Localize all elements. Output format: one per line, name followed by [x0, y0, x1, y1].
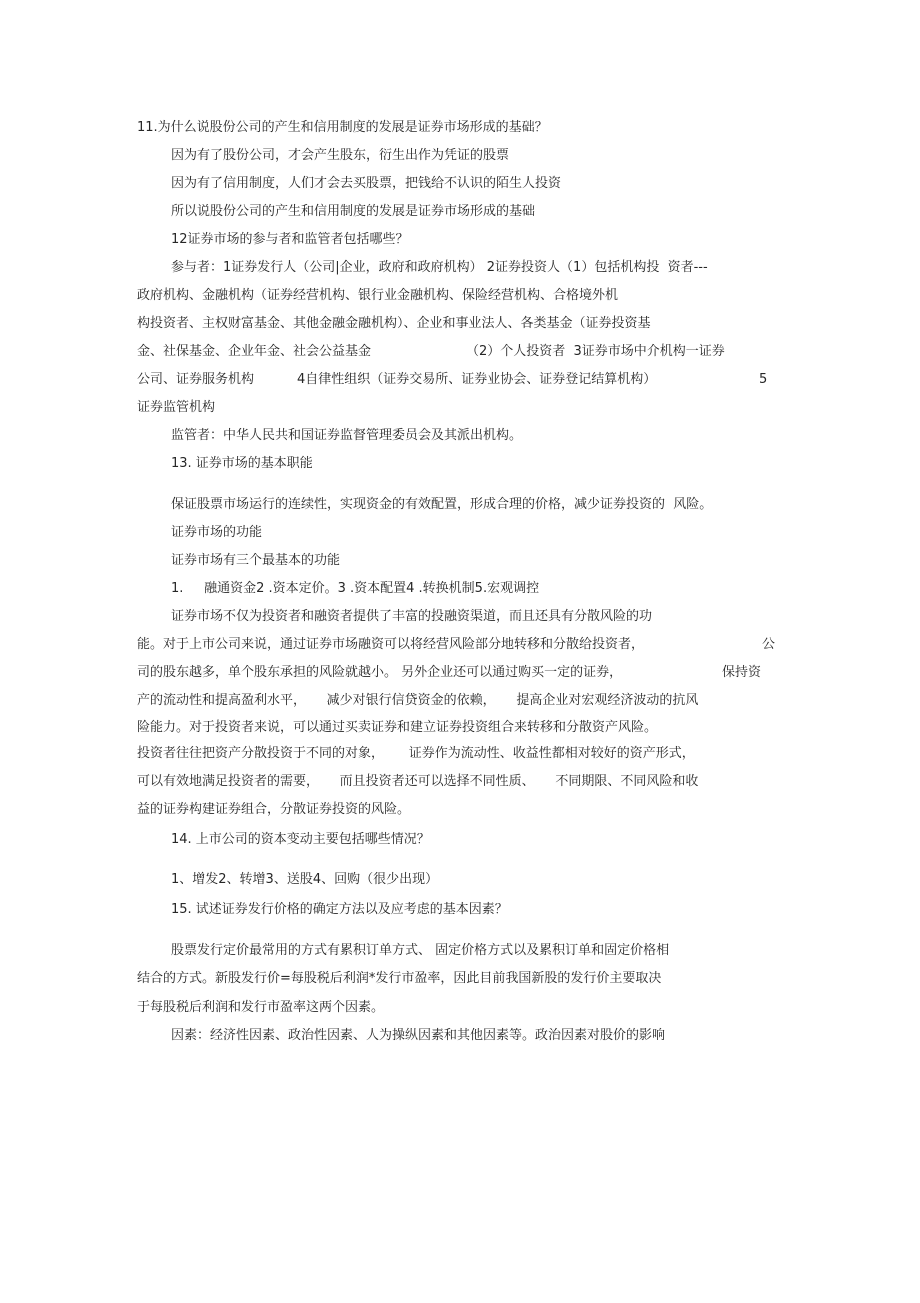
text-line: 结合的方式。新股发行价=每股税后利润*发行市盈率，因此目前我国新股的发行价主要取…: [137, 970, 661, 988]
text-line: 因素：经济性因素、政治性因素、人为操纵因素和其他因素等。政治因素对股价的影响: [171, 1027, 665, 1045]
text-line: 因为有了股份公司，才会产生股东，衍生出作为凭证的股票: [171, 147, 509, 165]
text-segment: 公: [762, 636, 775, 654]
text-line: 12证券市场的参与者和监管者包括哪些？: [171, 231, 409, 249]
text-line: 14. 上市公司的资本变动主要包括哪些情况？: [171, 831, 430, 849]
text-line: 可以有效地满足投资者的需要， 而且投资者还可以选择不同性质、 不同期限、不同风险…: [137, 773, 698, 791]
document-page: 11.为什么说股份公司的产生和信用制度的发展是证券市场形成的基础？因为有了股份公…: [0, 0, 920, 1303]
text-segment: 保持资: [722, 664, 761, 682]
text-line: 证券市场有三个最基本的功能: [171, 552, 340, 570]
text-line: 1、增发2、转增3、送股4、回购（很少出现）: [171, 871, 438, 889]
text-line: 于每股税后利润和发行市盈率这两个因素。: [137, 999, 384, 1017]
text-line: 政府机构、金融机构（证券经营机构、银行业金融机构、保险经营机构、合格境外机: [137, 287, 618, 305]
text-segment: （2）个人投资者 3证券市场中介机构一证券: [466, 343, 725, 361]
text-line: 参与者：1证券发行人（公司|企业，政府和政府机构） 2证券投资人（1）包括机构投…: [171, 259, 708, 277]
text-line: 益的证券构建证券组合，分散证券投资的风险。: [137, 801, 410, 819]
text-segment: 公司、证券服务机构: [137, 371, 254, 389]
text-line: 能。对于上市公司来说，通过证券市场融资可以将经营风险部分地转移和分散给投资者，: [137, 636, 644, 654]
text-line: 保证股票市场运行的连续性，实现资金的有效配置，形成合理的价格，减少证券投资的 风…: [171, 496, 712, 514]
text-line: 13. 证券市场的基本职能: [171, 455, 313, 473]
text-line: 因为有了信用制度，人们才会去买股票，把钱给不认识的陌生人投资: [171, 175, 561, 193]
text-line: 15. 试述证券发行价格的确定方法以及应考虑的基本因素？: [171, 901, 508, 919]
text-segment: 5: [759, 371, 767, 389]
text-line: 11.为什么说股份公司的产生和信用制度的发展是证券市场形成的基础？: [137, 119, 548, 137]
text-line: 证券监管机构: [137, 399, 215, 417]
text-line: 1. 融通资金2 .资本定价。3 .资本配置4 .转换机制5.宏观调控: [171, 580, 539, 598]
text-line: 证券市场不仅为投资者和融资者提供了丰富的投融资渠道，而且还具有分散风险的功: [171, 608, 652, 626]
text-line: 所以说股份公司的产生和信用制度的发展是证券市场形成的基础: [171, 203, 535, 221]
text-line: 金、社保基金、企业年金、社会公益基金: [137, 343, 371, 361]
text-line: 股票发行定价最常用的方式有累积订单方式、 固定价格方式以及累积订单和固定价格相: [171, 942, 669, 960]
text-line: 险能力。对于投资者来说，可以通过买卖证券和建立证券投资组合来转移和分散资产风险。: [137, 719, 657, 737]
text-line: 监管者：中华人民共和国证券监督管理委员会及其派出机构。: [171, 427, 522, 445]
text-segment: 4自律性组织（证券交易所、证券业协会、证券登记结算机构）: [297, 371, 656, 389]
text-line: 司的股东越多，单个股东承担的风险就越小。 另外企业还可以通过购买一定的证券，: [137, 664, 622, 682]
text-line: 投资者往往把资产分散投资于不同的对象， 证券作为流动性、收益性都相对较好的资产形…: [137, 745, 695, 763]
text-line: 证券市场的功能: [171, 524, 262, 542]
text-line: 构投资者、主权财富基金、其他金融金融机构）、企业和事业法人、各类基金（证券投资基: [137, 315, 651, 333]
text-line: 产的流动性和提高盈利水平， 减少对银行信贷资金的依赖， 提高企业对宏观经济波动的…: [137, 692, 698, 710]
